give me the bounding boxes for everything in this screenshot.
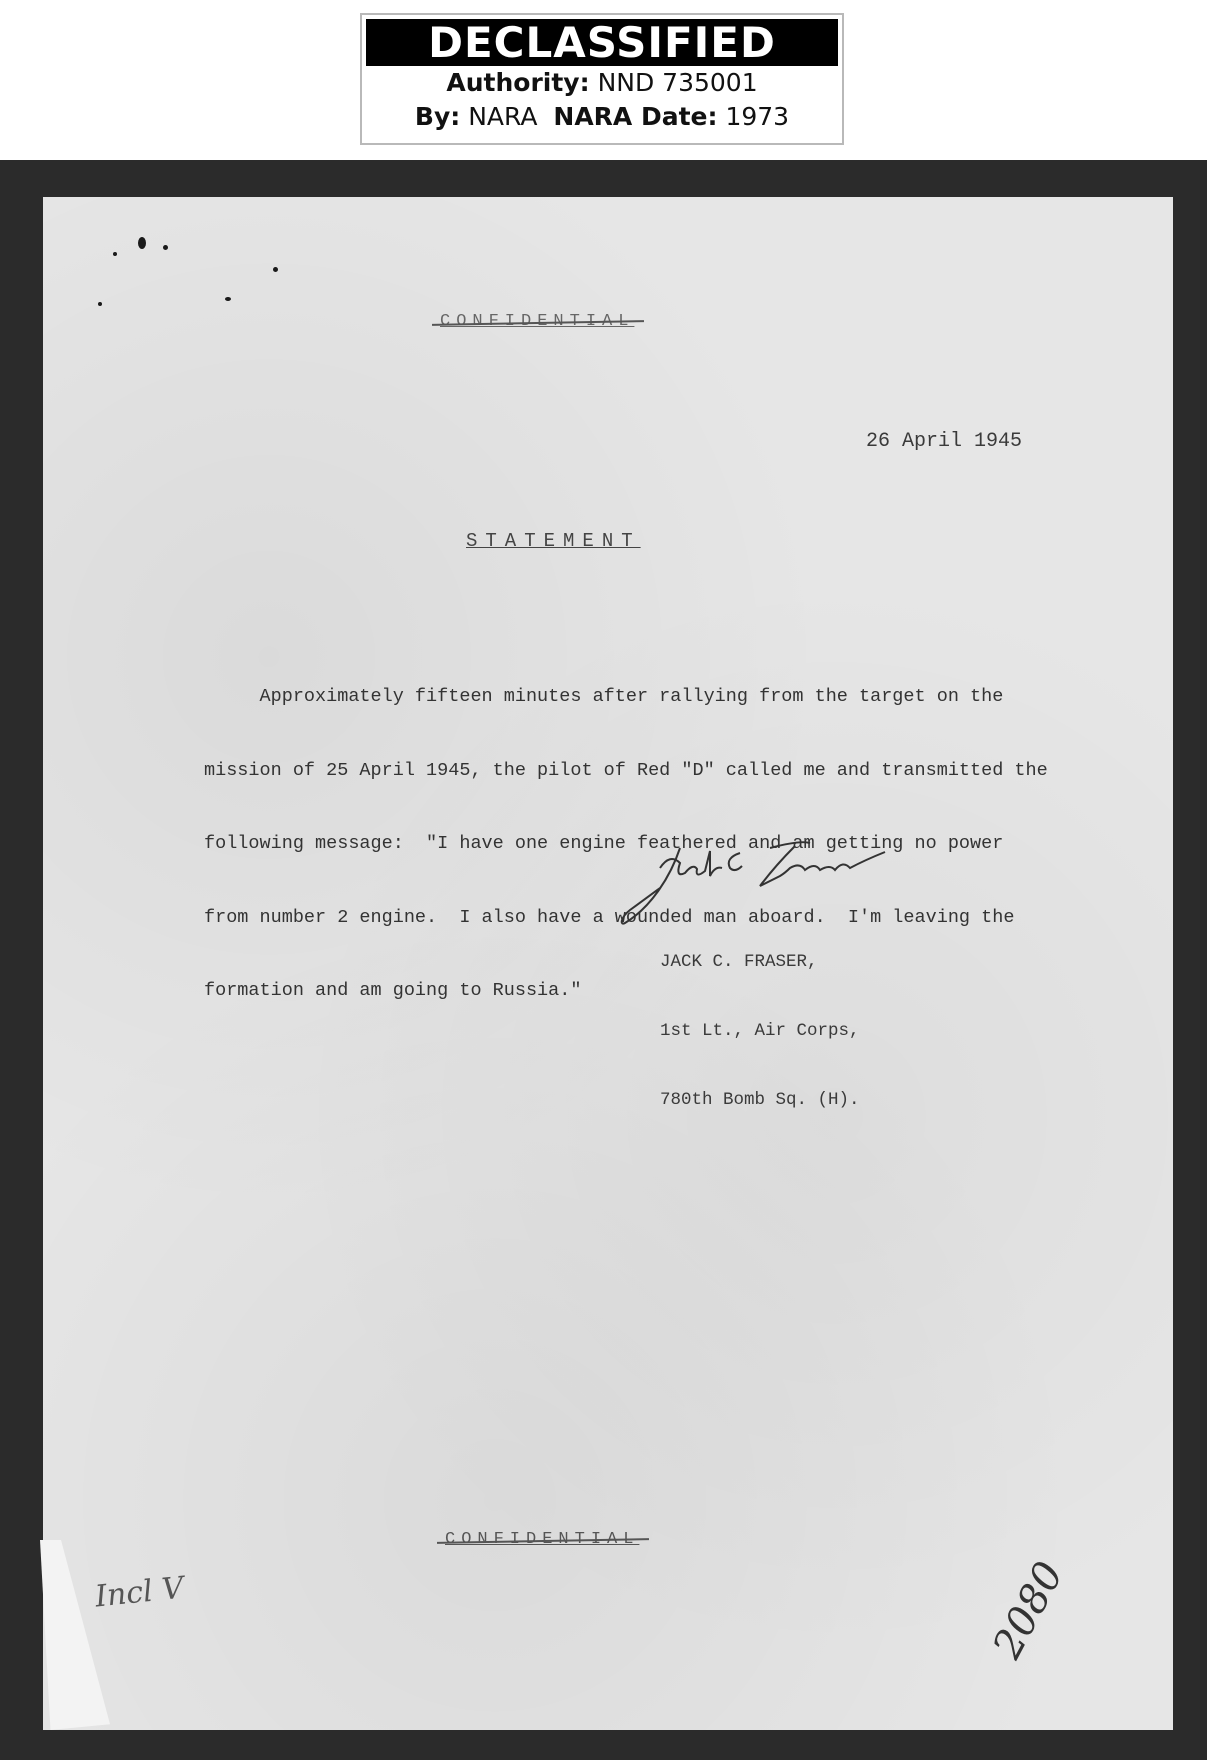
speck: [113, 252, 117, 256]
stamp-authority-line: Authority: NND 735001: [362, 66, 842, 100]
classification-bottom: CONFIDENTIAL: [445, 1530, 639, 1549]
body-line: mission of 25 April 1945, the pilot of R…: [204, 759, 1104, 784]
stamp-by-value: NARA: [468, 102, 537, 131]
speck: [225, 297, 231, 301]
speck: [138, 237, 146, 249]
signer-name: JACK C. FRASER,: [660, 951, 860, 974]
signer-rank: 1st Lt., Air Corps,: [660, 1020, 860, 1043]
body-line: Approximately fifteen minutes after rall…: [204, 685, 1104, 710]
stamp-date-value: 1973: [725, 102, 789, 131]
stamp-date-label: NARA Date:: [553, 102, 717, 131]
stamp-title: DECLASSIFIED: [366, 19, 838, 66]
speck: [98, 302, 102, 306]
speck: [273, 267, 278, 272]
declassified-stamp: DECLASSIFIED Authority: NND 735001 By: N…: [360, 13, 844, 145]
signer-unit: 780th Bomb Sq. (H).: [660, 1089, 860, 1112]
speck: [163, 245, 168, 250]
statement-body: Approximately fifteen minutes after rall…: [204, 636, 1104, 1028]
stamp-authority-value: NND 735001: [598, 68, 758, 97]
stamp-by-line: By: NARA NARA Date: 1973: [362, 100, 842, 134]
document-heading: STATEMENT: [466, 530, 641, 552]
body-line: formation and am going to Russia.": [204, 979, 1104, 1004]
classification-top: CONFIDENTIAL: [440, 312, 634, 331]
document-date: 26 April 1945: [866, 430, 1022, 453]
stamp-by-label: By:: [415, 102, 460, 131]
signature-block: JACK C. FRASER, 1st Lt., Air Corps, 780t…: [660, 905, 860, 1135]
stamp-authority-label: Authority:: [446, 68, 589, 97]
